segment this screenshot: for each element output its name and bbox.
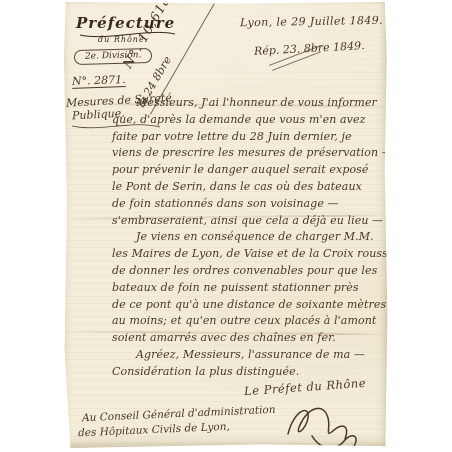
handwritten-line: les Maires de Lyon, de Vaise et de la Cr… (112, 246, 394, 263)
handwritten-line: que, d'après la demande que vous m'en av… (112, 112, 394, 129)
letter-paper: Préfecture du Rhône. 2e. Division. N°. 2… (64, 2, 388, 448)
handwritten-line: soient amarrés avec des chaînes en fer. (112, 330, 394, 347)
handwritten-line: de foin stationnés dans son voisinage — (112, 196, 394, 213)
handwritten-line: au moins; et qu'en outre ceux placés à l… (112, 313, 394, 330)
addressee-line-1: Au Conseil Général d'administration (82, 404, 276, 424)
handwritten-line: Messieurs, J'ai l'honneur de vous inform… (112, 95, 394, 112)
letter-body: Messieurs, J'ai l'honneur de vous inform… (112, 95, 394, 381)
handwritten-line: pour prévenir le danger auquel serait ex… (112, 162, 394, 179)
handwritten-line: viens de prescrire les mesures de préser… (112, 145, 394, 162)
handwritten-line: le Pont de Serin, dans le cas où des bat… (112, 179, 394, 196)
dateline: Lyon, le 29 Juillet 1849. (240, 14, 383, 29)
handwritten-line: de donner les ordres convenables pour qu… (112, 263, 394, 280)
handwritten-line: faite par votre lettre du 28 Juin dernie… (112, 129, 394, 146)
handwritten-line: bateaux de foin ne puissent stationner p… (112, 280, 394, 297)
handwritten-line: s'embraseraient, ainsi que cela a déjà e… (112, 213, 394, 230)
handwritten-line: de ce pont qu'à une distance de soixante… (112, 297, 394, 314)
handwritten-line: Agréez, Messieurs, l'assurance de ma — (112, 347, 394, 364)
handwritten-line: Je viens en conséquence de charger M.M. (112, 229, 394, 246)
letter-scan: Préfecture du Rhône. 2e. Division. N°. 2… (0, 0, 452, 452)
reference-number: N°. 2871. (72, 73, 126, 88)
addressee-line-2: des Hôpitaux Civils de Lyon, (78, 421, 230, 440)
signature-flourish (282, 394, 372, 450)
